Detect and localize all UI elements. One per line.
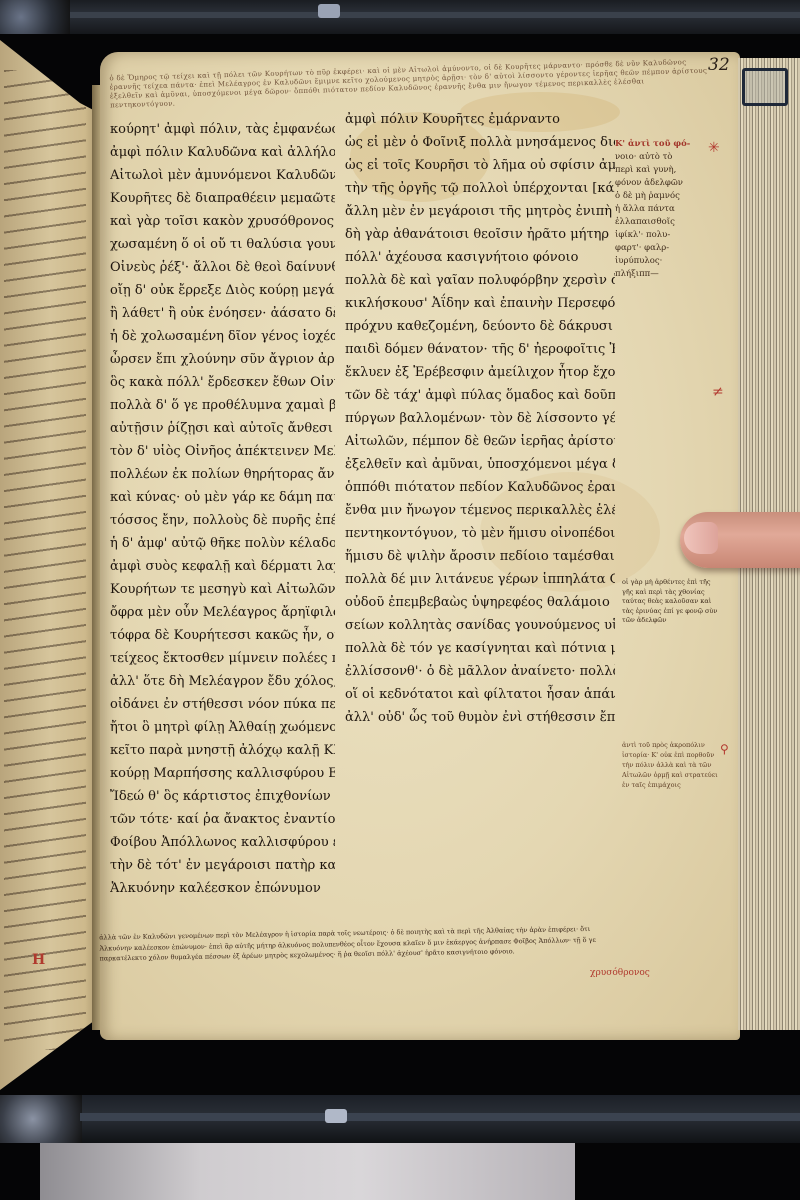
gloss-line: φαρτ'· φαλρ- [615, 242, 720, 255]
right-margin-gloss-1: Κ' ἀντὶ τοῦ φό- νοιο· αὐτὸ τὸ περὶ καὶ γ… [615, 138, 720, 478]
text-line: τὸν δ' υἱὸς Οἰνῆος ἀπέκτεινεν Μελέαγρος [110, 440, 335, 463]
text-line: ἀλλ' οὐδ' ὧς τοῦ θυμὸν ἐνὶ στήθεσσιν ἔπε… [345, 706, 615, 729]
text-line: χωσαμένη ὅ οἱ οὔ τι θαλύσια γουνῷ ἀλωῆς [110, 233, 335, 256]
text-line: πόλλ' ἀχέουσα κασιγνήτοιο φόνοιο [345, 246, 615, 269]
text-line: οἵ οἱ κεδνότατοι καὶ φίλτατοι ἦσαν ἁπάντ… [345, 683, 615, 706]
text-line: παιδὶ δόμεν θάνατον· τῆς δ' ἠεροφοῖτις Ἐ… [345, 338, 615, 361]
folio-number: 32 [708, 55, 730, 75]
text-line: ἢ λάθετ' ἢ οὐκ ἐνόησεν· ἀάσατο δὲ μέγα θ… [110, 302, 335, 325]
fingernail [684, 522, 718, 554]
main-text-right-column: ἀμφὶ πόλιν Κουρῆτες ἐμάρναντο ὡς εἰ μὲν … [345, 108, 615, 908]
text-line: πολλὰ δέ μιν λιτάνευε γέρων ἱππηλάτα Οἰν… [345, 568, 615, 591]
gloss-line: φόνον ἀδελφῶν [615, 177, 720, 190]
main-text-left-column: κούρητ' ἀμφὶ πόλιν, τὰς ἐμφανέως ἀμύνοντ… [110, 118, 335, 918]
bottom-rubric: χρυσόθρονος [590, 968, 650, 978]
text-line: ἐξελθεῖν καὶ ἀμῦναι, ὑποσχόμενοι μέγα δῶ… [345, 453, 615, 476]
text-line: Φοίβου Ἀπόλλωνος καλλισφύρου εἵνεκα νύμφ… [110, 831, 335, 854]
text-line: ὡς εἰ μὲν ὁ Φοῖνιξ πολλὰ μνησάμενος διαλ… [345, 131, 615, 154]
text-line: ὁππόθι πιότατον πεδίον Καλυδῶνος ἐραννῆς [345, 476, 615, 499]
text-line: πρόχνυ καθεζομένη, δεύοντο δὲ δάκρυσι κό… [345, 315, 615, 338]
text-line: τείχεος ἔκτοσθεν μίμνειν πολέες περ ἐόντ… [110, 647, 335, 670]
text-line: καὶ γὰρ τοῖσι κακὸν χρυσόθρονος Ἄρτεμις … [110, 210, 335, 233]
text-line: ὦρσεν ἔπι χλούνην σῦν ἄγριον ἀργιόδοντα [110, 348, 335, 371]
text-line: τόσσος ἔην, πολλοὺς δὲ πυρῆς ἐπέβησ' ἀλε… [110, 509, 335, 532]
text-line: ὡς εἰ τοῖς Κουρῆσι τὸ λῆμα οὐ σφίσιν ἀμύ… [345, 154, 615, 177]
text-line: ἀμφὶ πόλιν Κουρῆτες ἐμάρναντο [345, 108, 615, 131]
text-line: τόφρα δὲ Κουρήτεσσι κακῶς ἦν, οὐδὲ δύναν… [110, 624, 335, 647]
rubric-circle-mark-icon: ⚲ [720, 742, 729, 756]
text-line: ἐλλίσσονθ'· ὁ δὲ μᾶλλον ἀναίνετο· πολλὰ … [345, 660, 615, 683]
text-line: πολλέων ἐκ πολίων θηρήτορας ἄνδρας ἀγείρ… [110, 463, 335, 486]
text-line: Ἀλκυόνην καλέεσκον ἐπώνυμον [110, 877, 335, 900]
text-line: ἀμφὶ πόλιν Καλυδῶνα καὶ ἀλλήλους ἐνάριζο… [110, 141, 335, 164]
cradle-bracket-bottom [0, 1095, 82, 1143]
text-line: σείων κολλητὰς σανίδας γουνούμενος υἱόν [345, 614, 615, 637]
text-line: ἀμφὶ συὸς κεφαλῇ καὶ δέρματι λαχνήεντι [110, 555, 335, 578]
text-line: τὴν τῆς ὀργῆς τῷ πολλοὶ ὑπέρχονται [κάλλ… [345, 177, 615, 200]
cradle-top-bar [0, 0, 800, 34]
text-line: τὴν δὲ τότ' ἐν μεγάροισι πατὴρ καὶ πότνι… [110, 854, 335, 877]
text-line: πολλὰ δ' ὅ γε προθέλυμνα χαμαὶ βάλε δένδ… [110, 394, 335, 417]
gloss-line: ἰφίκλ'· πολυ- [615, 229, 720, 242]
text-line: ἤτοι ὃ μητρὶ φίλῃ Ἀλθαίῃ χωόμενος κῆρ [110, 716, 335, 739]
text-line: πεντηκοντόγυον, τὸ μὲν ἥμισυ οἰνοπέδοιο [345, 522, 615, 545]
edge-label-tab [742, 68, 788, 106]
right-margin-gloss-3: ἀντὶ τοῦ πρὸς ἀκροπόλιν ἰστορία· Κ' οὐκ … [622, 740, 722, 980]
finger-holding-page [680, 512, 800, 568]
text-line: Αἰτωλοὶ μὲν ἀμυνόμενοι Καλυδῶνος ἐραννῆς [110, 164, 335, 187]
text-line: δὴ γὰρ ἀθανάτοισι θεοῖσιν ἠρᾶτο μήτηρ [345, 223, 615, 246]
text-line: τῶν δὲ τάχ' ἀμφὶ πύλας ὅμαδος καὶ δοῦπος… [345, 384, 615, 407]
asterisk-mark-icon: ✳ [708, 140, 720, 156]
support-cloth [40, 1143, 575, 1200]
text-line: πολλὰ δὲ καὶ γαῖαν πολυφόρβην χερσὶν ἀλο… [345, 269, 615, 292]
left-page-verso [0, 40, 100, 1090]
right-margin-gloss-2: οἱ γὰρ μὴ ἀρθέντες ἐπὶ τῆς γῆς καὶ περὶ … [622, 578, 722, 688]
text-line: ὄφρα μὲν οὖν Μελέαγρος ἄρηϊφιλος πολέμιζ… [110, 601, 335, 624]
text-line: Οἰνεὺς ῥέξ'· ἄλλοι δὲ θεοὶ δαίνυνθ' ἑκατ… [110, 256, 335, 279]
gloss-line: ὁ δὲ μὴ ῥαμνός [615, 190, 720, 203]
text-line: ἔνθα μιν ἤνωγον τέμενος περικαλλὲς ἑλέσθ… [345, 499, 615, 522]
text-line: ἡ δὲ χολωσαμένη δῖον γένος ἰοχέαιρα [110, 325, 335, 348]
text-line: οὐδοῦ ἐπεμβεβαὼς ὑψηρεφέος θαλάμοιο [345, 591, 615, 614]
asterisk-mark-icon: ≠ [712, 384, 724, 400]
text-line: Ἴδεώ θ' ὃς κάρτιστος ἐπιχθονίων γένετ' ἀ… [110, 785, 335, 808]
text-line: ἔκλυεν ἐξ Ἐρέβεσφιν ἀμείλιχον ἦτορ ἔχουσ… [345, 361, 615, 384]
left-page-rubric-mark: Η [32, 952, 45, 968]
text-line: οἴῃ δ' οὐκ ἔρρεξε Διὸς κούρῃ μεγάλοιο [110, 279, 335, 302]
text-line: αὐτῇσιν ῥίζῃσι καὶ αὐτοῖς ἄνθεσι μήλων [110, 417, 335, 440]
gloss-line: ἰυρύπυλος· [615, 255, 720, 268]
gloss-line: νοιο· αὐτὸ τὸ [615, 151, 720, 164]
text-line: πύργων βαλλομένων· τὸν δὲ λίσσοντο γέρον… [345, 407, 615, 430]
text-line: κούρῃ Μαρπήσσης καλλισφύρου Εὐηνίνης [110, 762, 335, 785]
left-page-text-lines [4, 70, 86, 1050]
text-line: οἰδάνει ἐν στήθεσσι νόον πύκα περ φρονεό… [110, 693, 335, 716]
text-line: ἄλλη μὲν ἐν μεγάροισι τῆς μητρὸς ἐνιπὴ [345, 200, 615, 223]
text-line: καὶ κύνας· οὐ μὲν γάρ κε δάμη παύροισι β… [110, 486, 335, 509]
text-line: ἡ δ' ἀμφ' αὐτῷ θῆκε πολὺν κέλαδον καὶ ἀϋ… [110, 532, 335, 555]
cradle-bottom-bar [0, 1095, 800, 1143]
text-line: κεῖτο παρὰ μνηστῇ ἀλόχῳ καλῇ Κλεοπάτρῃ [110, 739, 335, 762]
gloss-line: περὶ καὶ γυνὴ, [615, 164, 720, 177]
text-line: κικλήσκουσ' Ἀΐδην καὶ ἐπαινὴν Περσεφόνει… [345, 292, 615, 315]
cradle-clip-top [318, 4, 340, 18]
cradle-rail-top [70, 12, 800, 18]
gloss-line: πλήξιππ— [615, 268, 720, 281]
text-line: ἀλλ' ὅτε δὴ Μελέαγρον ἔδυ χόλος, ὅς τε κ… [110, 670, 335, 693]
gloss-line: Κ' ἀντὶ τοῦ φό- [615, 138, 720, 151]
gloss-line: ἐλλαπαισθοῖς [615, 216, 720, 229]
text-line: τῶν τότε· καί ῥα ἄνακτος ἐναντίον εἵλετο… [110, 808, 335, 831]
cradle-clip-bottom [325, 1109, 347, 1123]
cradle-rail-bottom [80, 1113, 800, 1121]
text-line: πολλὰ δὲ τόν γε κασίγνηται καὶ πότνια μή… [345, 637, 615, 660]
text-line: Κουρῆτες δὲ διαπραθέειν μεμαῶτες Ἄρηϊ [110, 187, 335, 210]
bottom-scholia: ἀλλὰ τῶν ἐν Καλυδῶνι γενομένων περὶ τὸν … [99, 923, 621, 1032]
text-line: ἥμισυ δὲ ψιλὴν ἄροσιν πεδίοιο ταμέσθαι [345, 545, 615, 568]
text-line: Κουρήτων τε μεσηγὺ καὶ Αἰτωλῶν μεγαθύμων [110, 578, 335, 601]
text-line: ὃς κακὰ πόλλ' ἔρδεσκεν ἔθων Οἰνῆος ἀλωήν [110, 371, 335, 394]
gloss-line: ἡ ἄλλα πάντα [615, 203, 720, 216]
text-line: Αἰτωλῶν, πέμπον δὲ θεῶν ἱερῆας ἀρίστους [345, 430, 615, 453]
cradle-bracket-top [0, 0, 70, 34]
text-line: κούρητ' ἀμφὶ πόλιν, τὰς ἐμφανέως ἀμύνοντ… [110, 118, 335, 141]
